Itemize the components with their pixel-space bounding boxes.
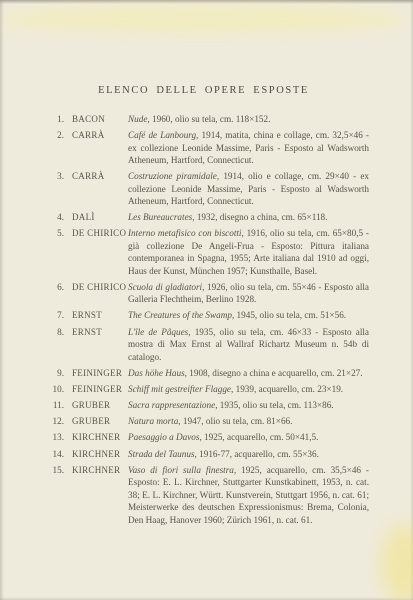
entry-description: Les Bureaucrates, 1932, disegno a china,… xyxy=(128,211,369,224)
work-title: Schiff mit gestreifter Flagge xyxy=(128,384,231,394)
entry-description: Paesaggio a Davos, 1925, acquarello, cm.… xyxy=(128,431,369,444)
catalog-entry: 2. CARRÀ Café de Lanbourg, 1914, matita,… xyxy=(46,129,369,167)
work-details: , 1960, olio su tela, cm. 118×152. xyxy=(147,114,270,124)
entry-description: Natura morta, 1947, olio su tela, cm. 81… xyxy=(128,415,369,428)
entry-number: 7. xyxy=(46,309,64,322)
work-title: Vaso di fiori sulla finestra xyxy=(128,465,234,475)
entry-number: 11. xyxy=(46,399,64,412)
catalog-entry: 11. GRUBER Sacra rappresentazione, 1935,… xyxy=(46,399,369,412)
entry-number: 10. xyxy=(46,383,64,396)
entry-artist: DE CHIRICO xyxy=(72,281,128,294)
entry-description: Sacra rappresentazione, 1935, olio su te… xyxy=(128,399,369,412)
entry-description: Vaso di fiori sulla finestra, 1925, acqu… xyxy=(128,464,369,527)
work-title: Natura morta xyxy=(128,416,178,426)
entry-description: Schiff mit gestreifter Flagge, 1939, acq… xyxy=(128,383,369,396)
catalog-entry: 15. KIRCHNER Vaso di fiori sulla finestr… xyxy=(46,464,369,527)
page-title: ELENCO DELLE OPERE ESPOSTE xyxy=(0,85,407,96)
entry-description: Scuola di gladiatori, 1926, olio su tela… xyxy=(128,281,369,306)
work-title: The Creatures of the Swamp xyxy=(128,310,232,320)
entry-number: 2. xyxy=(46,129,64,142)
entry-artist: GRUBER xyxy=(72,399,128,412)
entry-number: 3. xyxy=(46,170,64,183)
entry-number: 12. xyxy=(46,415,64,428)
work-title: L'île de Pâques xyxy=(128,327,188,337)
entry-artist: ERNST xyxy=(72,326,128,339)
scan-edge-top xyxy=(0,0,413,4)
work-title: Nude xyxy=(128,114,147,124)
catalog-entry: 12. GRUBER Natura morta, 1947, olio su t… xyxy=(46,415,369,428)
catalog-entry: 3. CARRÀ Costruzione piramidale, 1914, o… xyxy=(46,170,369,208)
catalog-entry: 7. ERNST The Creatures of the Swamp, 194… xyxy=(46,309,369,322)
entry-artist: KIRCHNER xyxy=(72,431,128,444)
work-title: Strada del Taunus xyxy=(128,449,195,459)
work-details: , 1932, disegno a china, cm. 65×118. xyxy=(192,212,327,222)
work-title: Costruzione piramidale xyxy=(128,171,217,181)
entry-number: 5. xyxy=(46,227,64,240)
work-title: Scuola di gladiatori xyxy=(128,282,202,292)
entry-artist: CARRÀ xyxy=(72,170,128,183)
entry-description: L'île de Pâques, 1935, olio su tela, cm.… xyxy=(128,326,369,364)
entry-artist: DE CHIRICO xyxy=(72,227,128,240)
work-details: , 1916-77, acquarello, cm. 55×36. xyxy=(195,449,319,459)
entry-number: 14. xyxy=(46,448,64,461)
scan-yellow-smudge xyxy=(381,524,413,600)
catalog-entry: 8. ERNST L'île de Pâques, 1935, olio su … xyxy=(46,326,369,364)
catalog-entry: 6. DE CHIRICO Scuola di gladiatori, 1926… xyxy=(46,281,369,306)
entry-description: Interno metafisico con biscotti, 1916, o… xyxy=(128,227,369,277)
work-details: , 1935, olio su tela, cm. 113×86. xyxy=(215,400,333,410)
entry-artist: KIRCHNER xyxy=(72,448,128,461)
work-title: Café de Lanbourg xyxy=(128,130,196,140)
entry-number: 13. xyxy=(46,431,64,444)
entry-artist: FEININGER xyxy=(72,383,128,396)
work-details: , 1908, disegno a china e acquarello, cm… xyxy=(185,368,363,378)
work-title: Interno metafisico con biscotti xyxy=(128,228,241,238)
entry-artist: KIRCHNER xyxy=(72,464,128,477)
entry-description: Strada del Taunus, 1916-77, acquarello, … xyxy=(128,448,369,461)
work-title: Sacra rappresentazione xyxy=(128,400,215,410)
entry-number: 8. xyxy=(46,326,64,339)
works-list: 1. BACON Nude, 1960, olio su tela, cm. 1… xyxy=(46,113,369,530)
entry-description: The Creatures of the Swamp, 1945, olio s… xyxy=(128,309,369,322)
entry-artist: ERNST xyxy=(72,309,128,322)
entry-number: 6. xyxy=(46,281,64,294)
entry-artist: GRUBER xyxy=(72,415,128,428)
entry-artist: CARRÀ xyxy=(72,129,128,142)
entry-description: Café de Lanbourg, 1914, matita, china e … xyxy=(128,129,369,167)
scan-yellow-band xyxy=(2,5,405,33)
work-title: Paesaggio a Davos xyxy=(128,432,199,442)
entry-description: Das höhe Haus, 1908, disegno a china e a… xyxy=(128,367,369,380)
entry-number: 1. xyxy=(46,113,64,126)
entry-description: Costruzione piramidale, 1914, olio e col… xyxy=(128,170,369,208)
work-details: , 1945, olio su tela, cm. 51×56. xyxy=(232,310,346,320)
entry-description: Nude, 1960, olio su tela, cm. 118×152. xyxy=(128,113,369,126)
catalog-entry: 14. KIRCHNER Strada del Taunus, 1916-77,… xyxy=(46,448,369,461)
entry-artist: BACON xyxy=(72,113,128,126)
entry-number: 9. xyxy=(46,367,64,380)
entry-number: 4. xyxy=(46,211,64,224)
work-details: , 1939, acquarello, cm. 23×19. xyxy=(231,384,343,394)
work-title: Les Bureaucrates xyxy=(128,212,192,222)
catalog-entry: 9. FEININGER Das höhe Haus, 1908, disegn… xyxy=(46,367,369,380)
catalog-entry: 1. BACON Nude, 1960, olio su tela, cm. 1… xyxy=(46,113,369,126)
entry-artist: DALÌ xyxy=(72,211,128,224)
entry-artist: FEININGER xyxy=(72,367,128,380)
catalog-entry: 13. KIRCHNER Paesaggio a Davos, 1925, ac… xyxy=(46,431,369,444)
catalog-entry: 4. DALÌ Les Bureaucrates, 1932, disegno … xyxy=(46,211,369,224)
catalog-page: ELENCO DELLE OPERE ESPOSTE 1. BACON Nude… xyxy=(0,0,413,600)
work-title: Das höhe Haus xyxy=(128,368,185,378)
work-details: , 1947, olio su tela, cm. 81×66. xyxy=(178,416,292,426)
catalog-entry: 10. FEININGER Schiff mit gestreifter Fla… xyxy=(46,383,369,396)
catalog-entry: 5. DE CHIRICO Interno metafisico con bis… xyxy=(46,227,369,277)
entry-number: 15. xyxy=(46,464,64,477)
work-details: , 1925, acquarello, cm. 50×41,5. xyxy=(199,432,318,442)
